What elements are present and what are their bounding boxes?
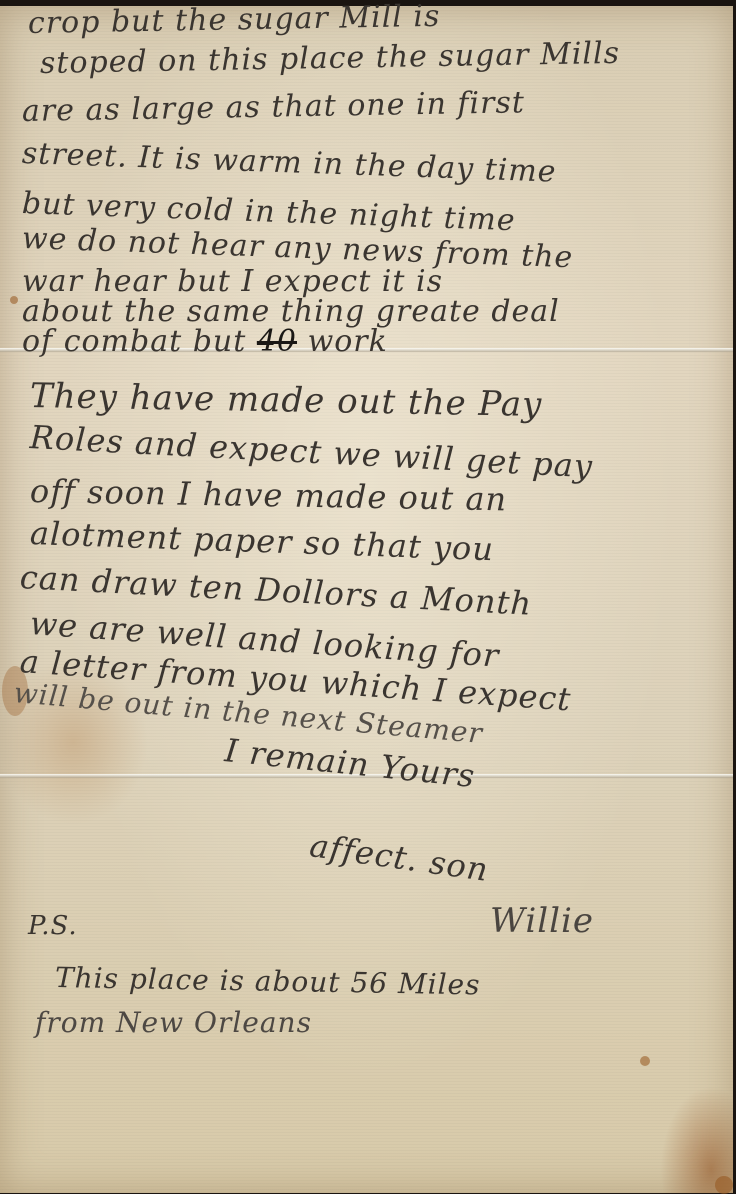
letter-line: stoped on this place the sugar Mills bbox=[40, 36, 621, 81]
crossed-out-text: 40 bbox=[257, 324, 297, 359]
signature: Willie bbox=[490, 901, 594, 941]
letter-line-text: work bbox=[308, 324, 388, 359]
postscript-label: P.S. bbox=[28, 911, 78, 941]
letter-line-text: of combat but bbox=[22, 324, 246, 359]
paper-stain bbox=[10, 296, 18, 304]
postscript-line: from New Orleans bbox=[35, 1006, 312, 1039]
letter-line: crop but the sugar Mill is bbox=[28, 0, 441, 41]
letter-line: are as large as that one in first bbox=[22, 85, 525, 129]
letter-line: off soon I have made out an bbox=[30, 472, 508, 518]
letter-line: They have made out the Pay bbox=[30, 376, 543, 425]
paper-stain bbox=[715, 1176, 733, 1193]
letter-line: street. It is warm in the day time bbox=[21, 136, 557, 190]
letter-line: of combat but 40 work bbox=[22, 324, 388, 359]
closing-line: affect. son bbox=[307, 826, 491, 889]
postscript-line: This place is about 56 Miles bbox=[55, 961, 481, 1001]
paper-stain bbox=[640, 1056, 650, 1066]
letter-line: alotment paper so that you bbox=[29, 514, 494, 568]
letter-page: crop but the sugar Mill is stoped on thi… bbox=[0, 6, 733, 1193]
